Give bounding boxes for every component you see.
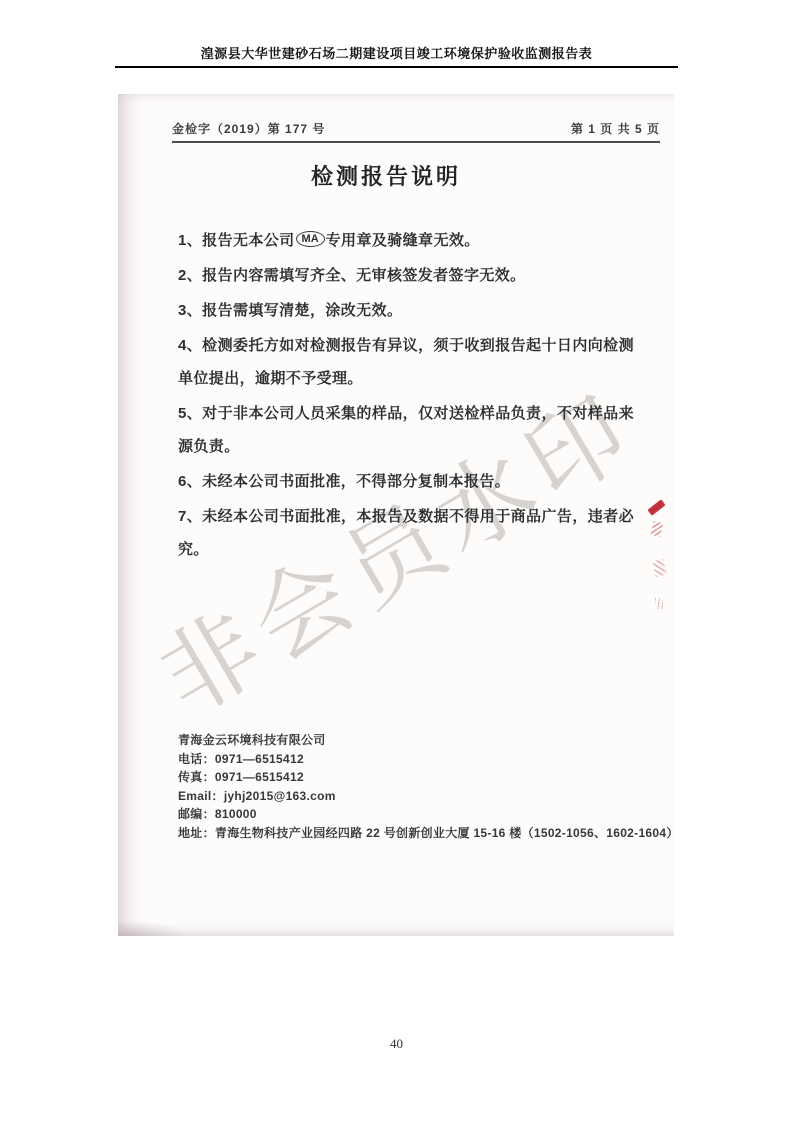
seal-mark xyxy=(652,559,666,577)
header-rule xyxy=(115,66,678,68)
note-item-2: 2、报告内容需填写齐全、无审核签发者签字无效。 xyxy=(178,259,634,292)
note-1-text-pre: 1、报告无本公司 xyxy=(178,232,295,249)
red-seal-fragment-icon xyxy=(636,494,672,629)
note-item-6: 6、未经本公司书面批准，不得部分复制本报告。 xyxy=(178,465,634,498)
company-fax: 传真：0971—6515412 xyxy=(178,768,674,787)
sheet-meta-row: 金检字（2019）第 177 号 第 1 页 共 5 页 xyxy=(172,120,660,137)
scanned-report-sheet: 非会员水印 金检字（2019）第 177 号 第 1 页 共 5 页 检测报告说… xyxy=(118,94,674,936)
seal-mark xyxy=(651,521,664,537)
meta-rule xyxy=(172,141,660,143)
company-phone: 电话：0971—6515412 xyxy=(178,750,674,769)
company-postcode: 邮编：810000 xyxy=(178,805,674,824)
report-title: 检测报告说明 xyxy=(170,160,602,191)
notes-list: 1、报告无本公司MA专用章及骑缝章无效。 2、报告内容需填写齐全、无审核签发者签… xyxy=(178,224,634,568)
company-name: 青海金云环境科技有限公司 xyxy=(178,731,674,750)
page: 湟源县大华世建砂石场二期建设项目竣工环境保护验收监测报告表 非会员水印 金检字（… xyxy=(0,0,793,1122)
note-item-7: 7、未经本公司书面批准，本报告及数据不得用于商品广告，违者必究。 xyxy=(178,500,634,566)
seal-mark xyxy=(648,500,666,516)
page-indicator: 第 1 页 共 5 页 xyxy=(571,120,660,137)
note-item-1: 1、报告无本公司MA专用章及骑缝章无效。 xyxy=(178,224,634,257)
company-info: 青海金云环境科技有限公司 电话：0971—6515412 传真：0971—651… xyxy=(178,731,674,843)
cma-mark-icon: MA xyxy=(296,231,325,247)
note-item-4: 4、检测委托方如对检测报告有异议，须于收到报告起十日内向检测单位提出，逾期不予受… xyxy=(178,329,634,395)
seal-mark xyxy=(655,598,663,609)
note-item-5: 5、对于非本公司人员采集的样品，仅对送检样品负责，不对样品来源负责。 xyxy=(178,397,634,463)
company-email: Email：jyhj2015@163.com xyxy=(178,787,674,806)
note-1-text-post: 专用章及骑缝章无效。 xyxy=(326,232,480,249)
doc-number: 金检字（2019）第 177 号 xyxy=(172,120,325,137)
note-item-3: 3、报告需填写清楚，涂改无效。 xyxy=(178,294,634,327)
page-number: 40 xyxy=(0,1036,793,1052)
company-address: 地址：青海生物科技产业园经四路 22 号创新创业大厦 15-16 楼（1502-… xyxy=(178,824,674,843)
document-header-title: 湟源县大华世建砂石场二期建设项目竣工环境保护验收监测报告表 xyxy=(0,43,793,62)
